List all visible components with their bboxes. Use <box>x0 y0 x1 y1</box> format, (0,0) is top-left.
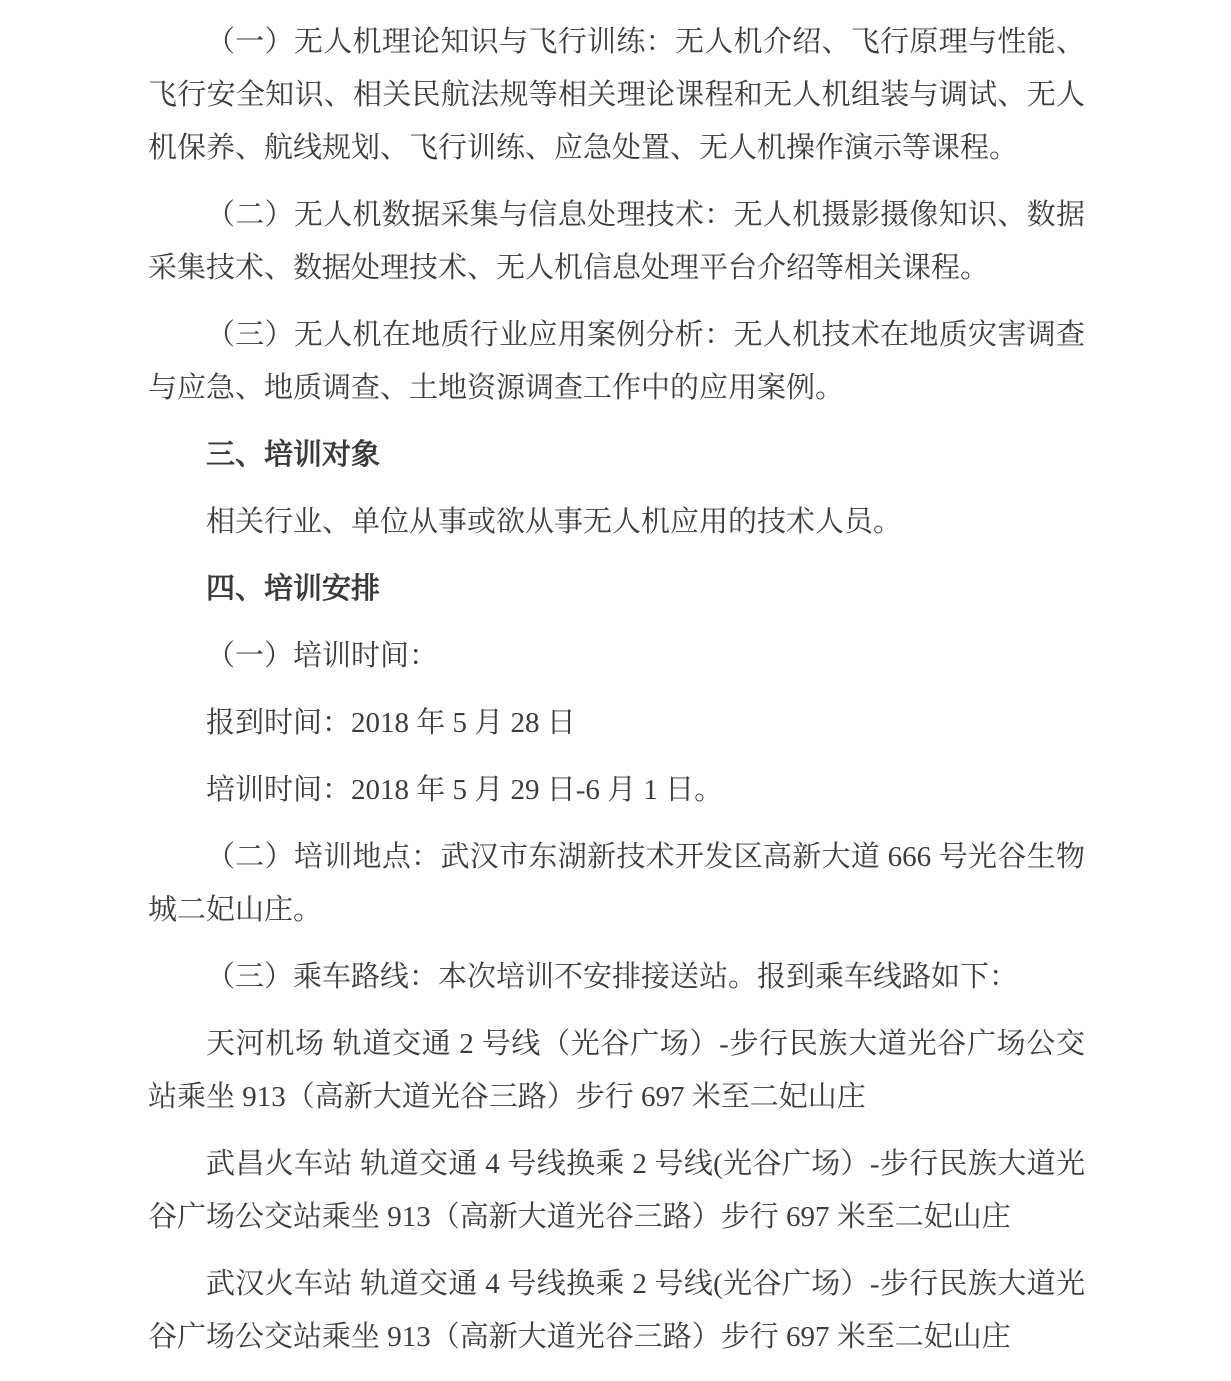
paragraph-registration-date: 报到时间：2018 年 5 月 28 日 <box>148 697 1085 750</box>
paragraph-route-wuchang-station: 武昌火车站 轨道交通 4 号线换乘 2 号线(光谷广场）-步行民族大道光谷广场公… <box>148 1138 1085 1244</box>
paragraph-course-flight-training: （一）无人机理论知识与飞行训练：无人机介绍、飞行原理与性能、飞行安全知识、相关民… <box>148 16 1085 175</box>
paragraph-course-geology-cases: （三）无人机在地质行业应用案例分析：无人机技术在地质灾害调查与应急、地质调查、土… <box>148 309 1085 415</box>
paragraph-training-time-label: （一）培训时间： <box>148 630 1085 683</box>
heading-section-4-training-plan: 四、培训安排 <box>148 563 1085 616</box>
heading-section-3-training-target: 三、培训对象 <box>148 429 1085 482</box>
document-body: （一）无人机理论知识与飞行训练：无人机介绍、飞行原理与性能、飞行安全知识、相关民… <box>148 16 1085 1364</box>
paragraph-route-tianhe-airport: 天河机场 轨道交通 2 号线（光谷广场）-步行民族大道光谷广场公交站乘坐 913… <box>148 1018 1085 1124</box>
paragraph-route-wuhan-station: 武汉火车站 轨道交通 4 号线换乘 2 号线(光谷广场）-步行民族大道光谷广场公… <box>148 1258 1085 1364</box>
paragraph-course-data-processing: （二）无人机数据采集与信息处理技术：无人机摄影摄像知识、数据采集技术、数据处理技… <box>148 189 1085 295</box>
paragraph-training-dates: 培训时间：2018 年 5 月 29 日-6 月 1 日。 <box>148 764 1085 817</box>
paragraph-training-location: （二）培训地点：武汉市东湖新技术开发区高新大道 666 号光谷生物城二妃山庄。 <box>148 831 1085 937</box>
paragraph-transport-intro: （三）乘车路线：本次培训不安排接送站。报到乘车线路如下： <box>148 951 1085 1004</box>
document-page: （一）无人机理论知识与飞行训练：无人机介绍、飞行原理与性能、飞行安全知识、相关民… <box>0 0 1231 1381</box>
paragraph-training-target: 相关行业、单位从事或欲从事无人机应用的技术人员。 <box>148 496 1085 549</box>
